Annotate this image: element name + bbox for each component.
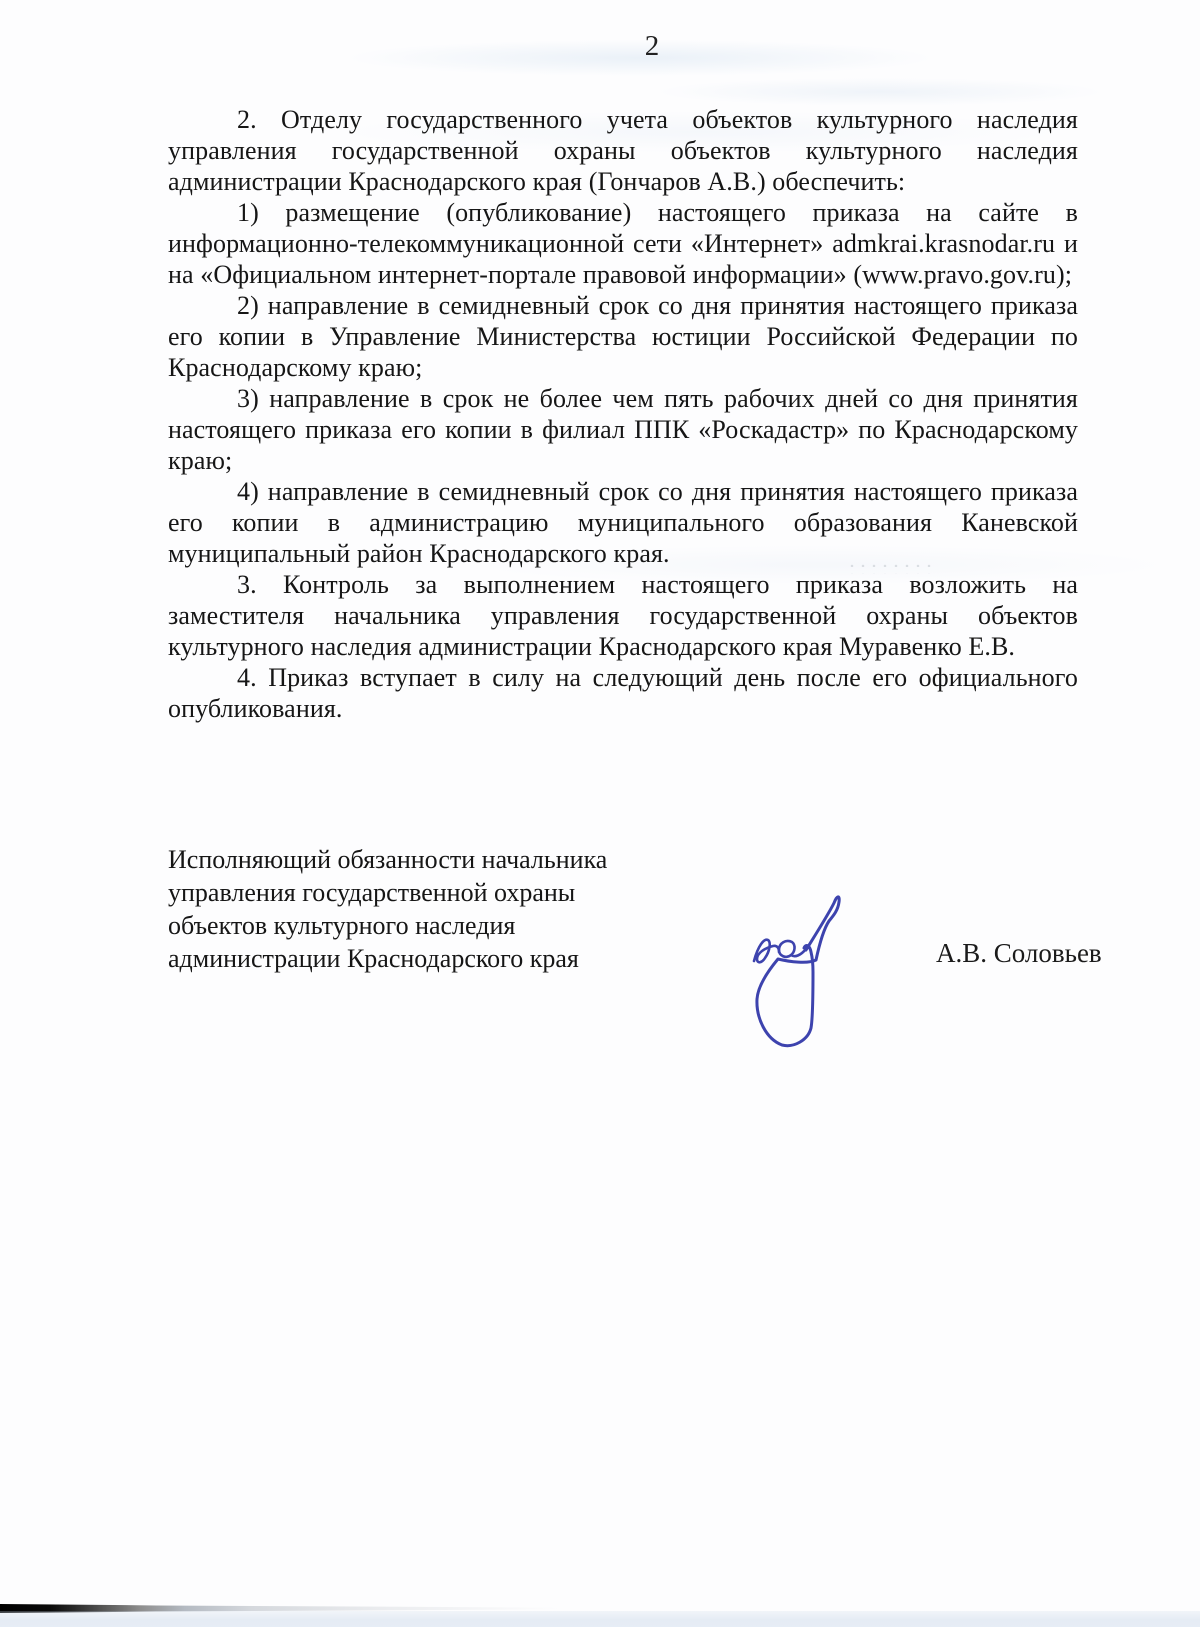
- handwritten-signature-ink: [718, 882, 848, 1052]
- signature-position-title: Исполняющий обязанности начальника управ…: [168, 843, 668, 975]
- document-page: 2 2. Отделу государственного учета объек…: [0, 0, 1200, 1627]
- page-number: 2: [630, 30, 674, 63]
- signer-name: А.В. Соловьев: [936, 938, 1102, 969]
- paragraph-order-item-2: 2. Отделу государственного учета объекто…: [168, 104, 1078, 197]
- scan-artifact-speck: [848, 558, 938, 574]
- scan-artifact-bottom-band: [0, 1611, 1200, 1627]
- paragraph-order-item-3: 3. Контроль за выполнением настоящего пр…: [168, 569, 1078, 662]
- paragraph-order-item-4: 4. Приказ вступает в силу на следующий д…: [168, 662, 1078, 724]
- paragraph-subitem-2: 2) направление в семидневный срок со дня…: [168, 290, 1078, 383]
- paragraph-subitem-3: 3) направление в срок не более чем пять …: [168, 383, 1078, 476]
- paragraph-subitem-4: 4) направление в семидневный срок со дня…: [168, 476, 1078, 569]
- paragraph-subitem-1: 1) размещение (опубликование) настоящего…: [168, 197, 1078, 290]
- document-body: 2. Отделу государственного учета объекто…: [168, 104, 1078, 724]
